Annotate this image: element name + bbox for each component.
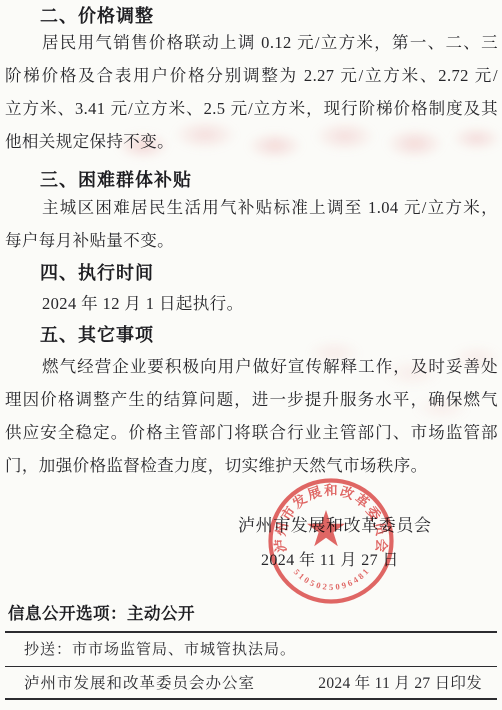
body-line: 主城区困难居民生活用气补贴标准上调至 1.04 元/立方米， bbox=[0, 191, 502, 224]
issuing-office: 泸州市发展和改革委员会办公室 bbox=[24, 672, 255, 696]
body-line: 居民用气销售价格联动上调 0.12 元/立方米，第一、二、三 bbox=[0, 26, 502, 59]
body-line: 理因价格调整产生的结算问题，进一步提升服务水平，确保燃气 bbox=[0, 383, 502, 416]
footer-divider-thin bbox=[5, 666, 497, 667]
body-line: 门，加强价格监督检查力度，切实维护天然气市场秩序。 bbox=[0, 449, 502, 482]
scanned-document-page: 二、价格调整 居民用气销售价格联动上调 0.12 元/立方米，第一、二、三 阶梯… bbox=[0, 0, 502, 710]
section-heading-effective-date: 四、执行时间 bbox=[40, 260, 496, 286]
section-heading-subsidy: 三、困难群体补贴 bbox=[40, 167, 496, 193]
section-heading-other-matters: 五、其它事项 bbox=[40, 322, 496, 348]
seal-star bbox=[307, 510, 345, 546]
imprint-row: 泸州市发展和改革委员会办公室 2024 年 11 月 27 日印发 bbox=[24, 672, 482, 696]
body-line: 供应安全稳定。价格主管部门将联合行业主管部门、市场监管部 bbox=[0, 416, 502, 449]
seal-arc-text: 泸州市发展和改革委员会 bbox=[272, 482, 391, 553]
body-line: 每户每月补贴量不变。 bbox=[0, 224, 502, 257]
paragraph-price-adjustment: 居民用气销售价格联动上调 0.12 元/立方米，第一、二、三 阶梯价格及合表用户… bbox=[0, 26, 502, 158]
paragraph-other-matters: 燃气经营企业要积极向用户做好宣传解释工作，及时妥善处 理因价格调整产生的结算问题… bbox=[0, 350, 502, 482]
paragraph-subsidy: 主城区困难居民生活用气补贴标准上调至 1.04 元/立方米， 每户每月补贴量不变… bbox=[0, 191, 502, 257]
body-line: 阶梯价格及合表用户价格分别调整为 2.27 元/立方米、2.72 元/ bbox=[0, 59, 502, 92]
body-line: 2024 年 12 月 1 日起执行。 bbox=[0, 287, 502, 320]
body-line: 燃气经营企业要积极向用户做好宣传解释工作，及时妥善处 bbox=[0, 350, 502, 383]
disclosure-option-line: 信息公开选项：主动公开 bbox=[8, 602, 195, 626]
print-date: 2024 年 11 月 27 日印发 bbox=[318, 672, 482, 696]
footer-divider-thick-top bbox=[5, 631, 497, 633]
official-seal-stamp: 泸州市发展和改革委员会 5105025096481 bbox=[265, 477, 397, 609]
body-line: 立方米、3.41 元/立方米、2.5 元/立方米，现行阶梯价格制度及其 bbox=[0, 92, 502, 125]
svg-text:泸州市发展和改革委员会: 泸州市发展和改革委员会 bbox=[272, 482, 391, 553]
body-line: 他相关规定保持不变。 bbox=[0, 125, 502, 158]
cc-line: 抄送：市市场监管局、市城管执法局。 bbox=[24, 638, 482, 662]
footer-divider-thick-bottom bbox=[5, 698, 497, 700]
paragraph-effective-date: 2024 年 12 月 1 日起执行。 bbox=[0, 287, 502, 320]
svg-text:5105025096481: 5105025096481 bbox=[292, 567, 371, 592]
seal-serial-number: 5105025096481 bbox=[292, 567, 371, 592]
